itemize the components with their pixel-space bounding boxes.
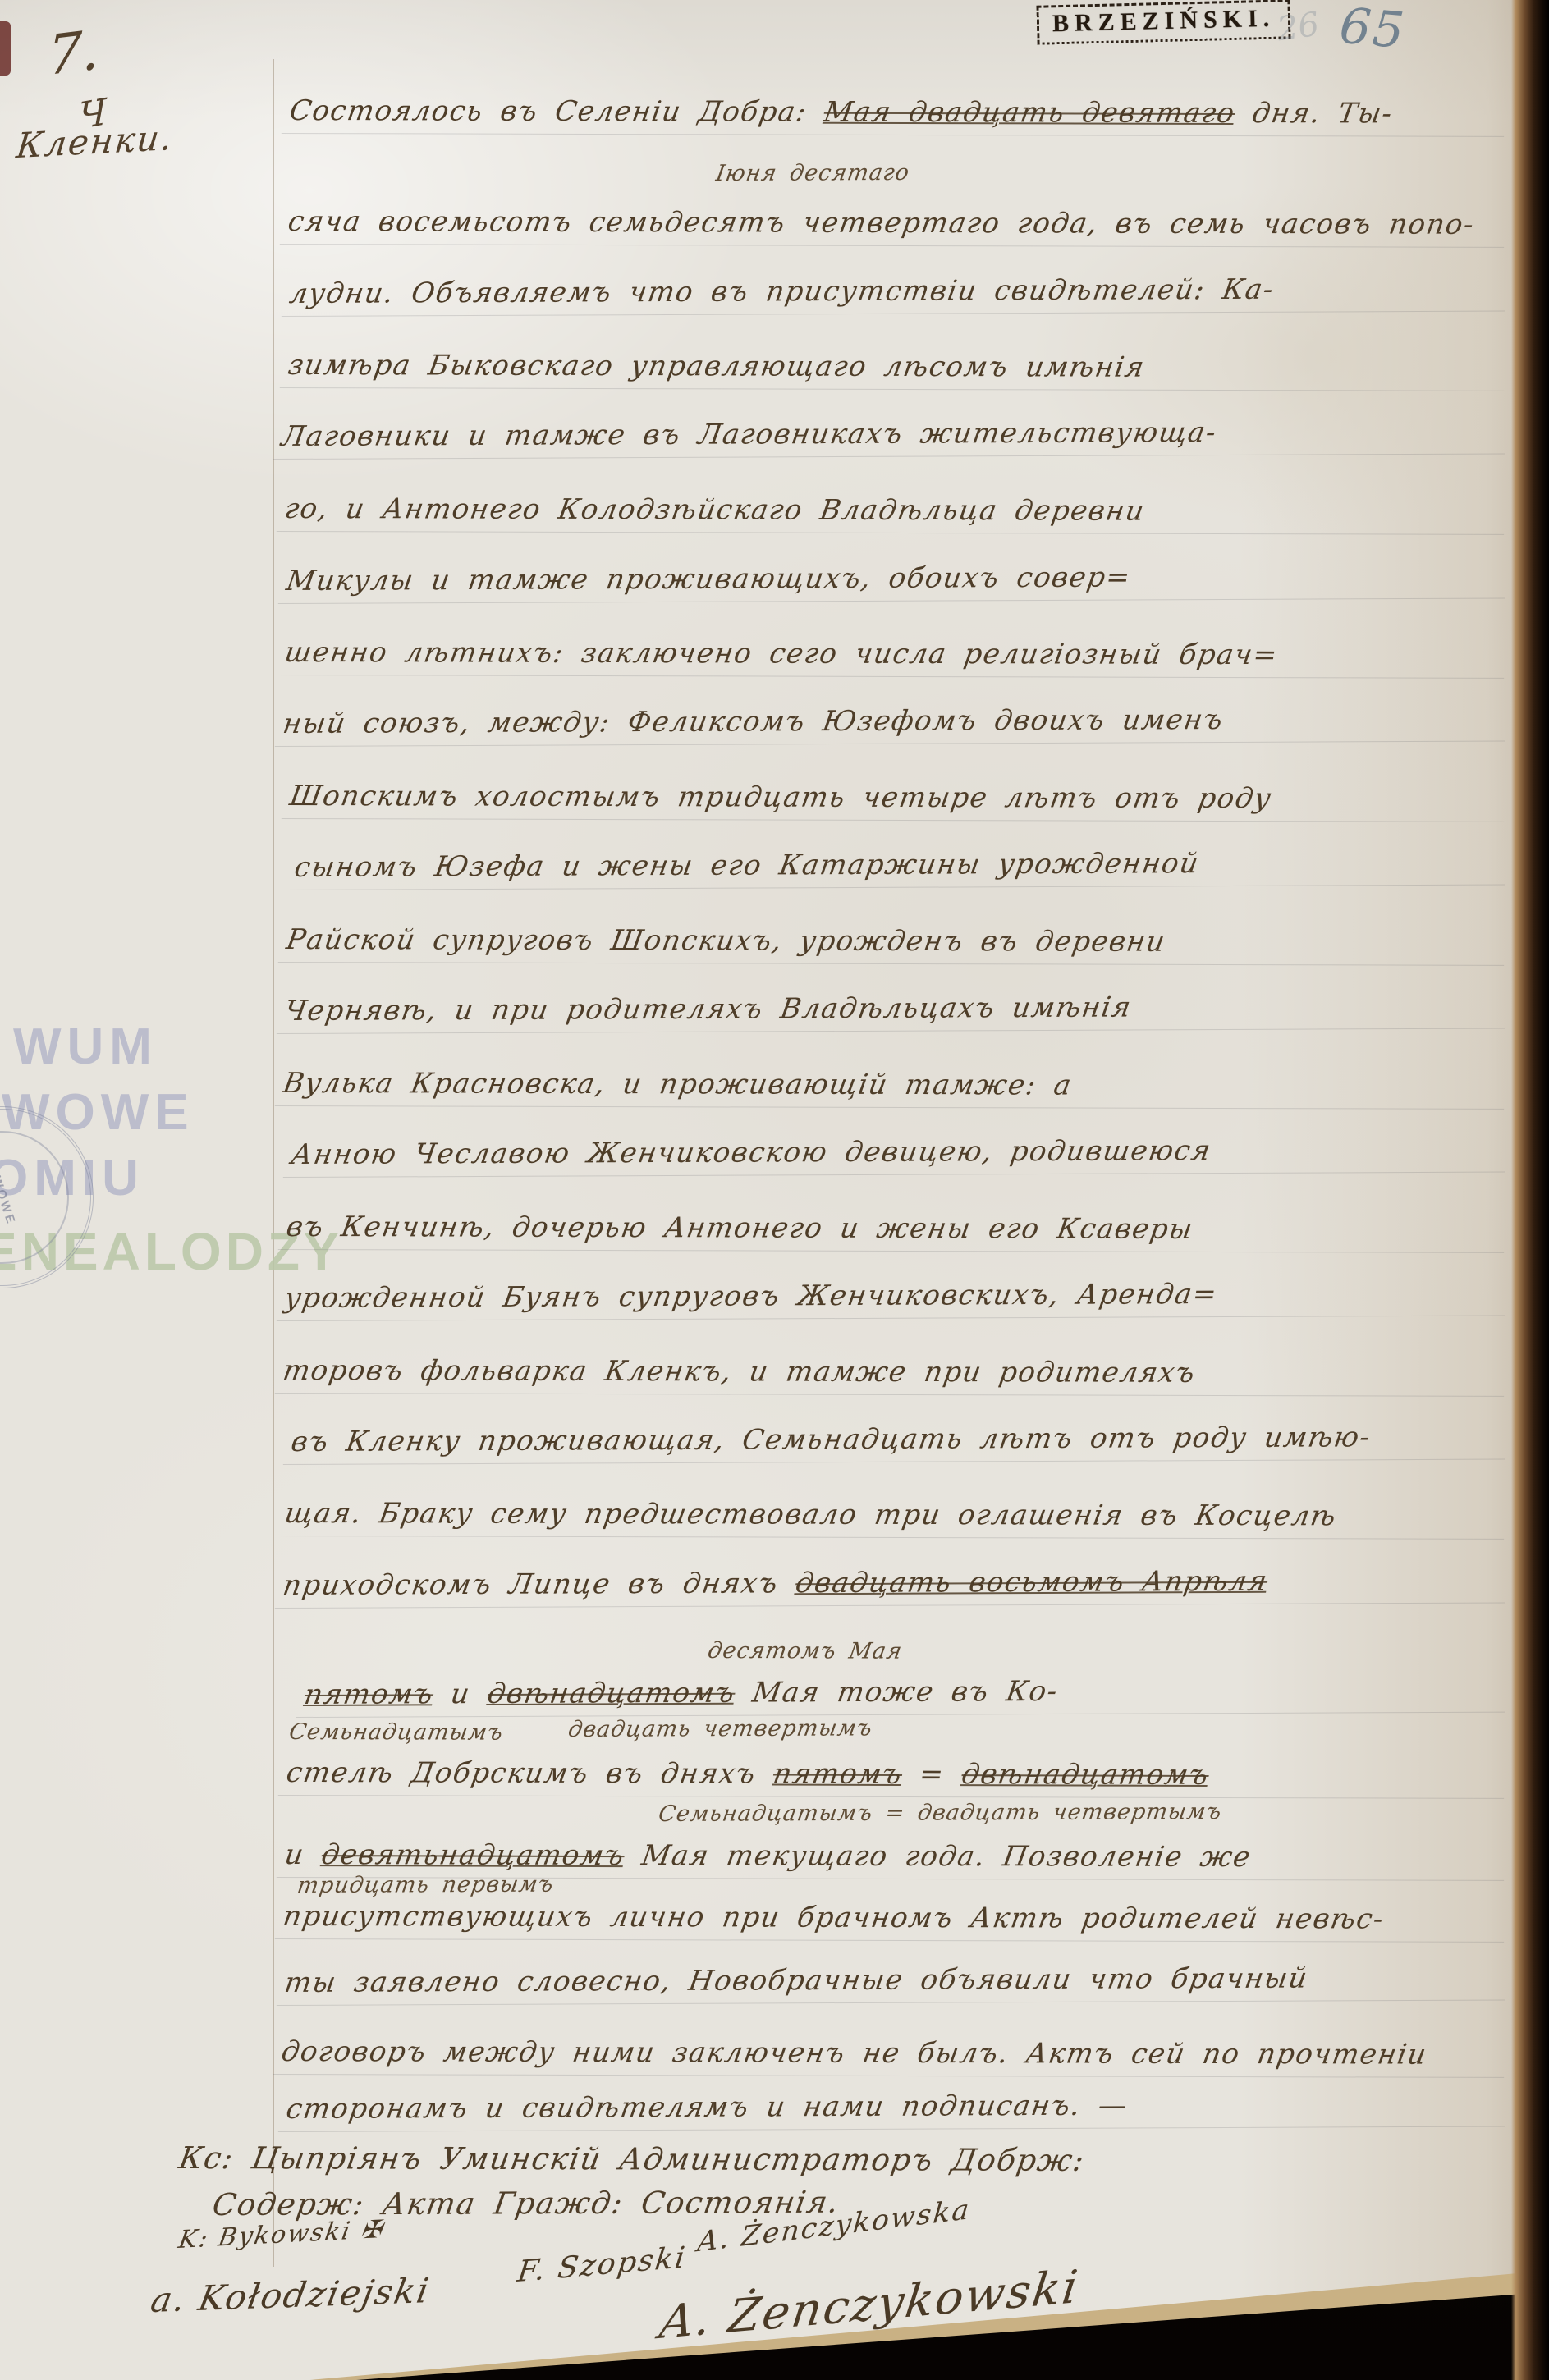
- manuscript-line: въ Кленку проживающая, Семьнадцать лѣтъ …: [289, 1421, 1373, 1458]
- manuscript-line: торовъ фольварка Кленкъ, и тамже при род…: [281, 1354, 1198, 1389]
- page-edge-mark: [0, 21, 11, 76]
- manuscript-line: тридцать первымъ: [296, 1872, 556, 1898]
- struck-text: девятьнадцатомъ: [319, 1838, 627, 1872]
- struck-text: пятомъ: [771, 1758, 905, 1791]
- margin-record-number: 7.: [48, 18, 100, 88]
- pencil-scribble: 26: [1275, 6, 1322, 49]
- manuscript-line: Содерж: Акта Гражд: Состоянія.: [210, 2185, 842, 2222]
- manuscript-line: ты заявлено словесно, Новобрачные объяви…: [282, 1962, 1310, 1999]
- manuscript-line: Кс: Цыпріянъ Уминскій Администраторъ Доб…: [176, 2140, 1088, 2178]
- manuscript-line: Микулы и тамже проживающихъ, обоихъ сове…: [284, 561, 1134, 597]
- struck-text: пятомъ: [302, 1677, 436, 1711]
- manuscript-line: шенно лѣтнихъ: заключено сего числа рели…: [282, 636, 1281, 671]
- manuscript-line: зимѣра Быковскаго управляющаго лѣсомъ им…: [286, 349, 1148, 384]
- manuscript-line: ный союзъ, между: Феликсомъ Юзефомъ двои…: [281, 703, 1226, 740]
- manuscript-line: урожденной Буянъ супруговъ Женчиковскихъ…: [282, 1278, 1220, 1315]
- manuscript-line: Райской супруговъ Шопскихъ, урожденъ въ …: [284, 923, 1168, 959]
- brzezinski-stamp: BRZEZIŃSKI.: [1036, 0, 1290, 45]
- manuscript-line: го, и Антонего Колодзѣйскаго Владѣльца д…: [282, 492, 1148, 528]
- manuscript-line: Іюня десятаго: [714, 160, 911, 186]
- manuscript-line: Анною Чеславою Женчиковскою девицею, род…: [289, 1134, 1213, 1171]
- struck-text: двѣнадцатомъ: [959, 1758, 1211, 1792]
- manuscript-line: Чернявѣ, и при родителяхъ Владѣльцахъ им…: [282, 991, 1134, 1028]
- struck-text: двѣнадцатомъ: [485, 1677, 737, 1710]
- manuscript-line: стелѣ Добрскимъ въ дняхъ пятомъ = двѣнад…: [284, 1756, 1212, 1792]
- manuscript-line: приходскомъ Липце въ дняхъ двадцать вось…: [281, 1565, 1270, 1602]
- manuscript-line: щая. Браку сему предшествовало три оглаш…: [282, 1497, 1340, 1532]
- scanned-registry-page: WUM WOWE OMIU ENEALODZY ŃSTWOWE BRZEZIŃS…: [0, 0, 1549, 2380]
- manuscript-line: Семьнадцатымъ: [287, 1719, 506, 1746]
- manuscript-line: двадцать четвертымъ: [566, 1715, 874, 1742]
- manuscript-line: десятомъ Мая: [706, 1638, 904, 1664]
- manuscript-line: пятомъ и двѣнадцатомъ Мая тоже въ Ко-: [302, 1675, 1061, 1711]
- manuscript-line: Вулька Красновска, и проживающій тамже: …: [281, 1067, 1075, 1102]
- struck-text: Мая двадцать девятаго: [822, 96, 1238, 130]
- book-binding-edge: [1511, 0, 1549, 2380]
- manuscript-line: сяча восемьсотъ семьдесятъ четвертаго го…: [286, 205, 1477, 241]
- manuscript-line: Состоялось въ Селеніи Добра: Мая двадцат…: [287, 94, 1395, 130]
- signature: a. Kołodziejski: [148, 2270, 433, 2320]
- manuscript-line: Шопскимъ холостымъ тридцать четыре лѣтъ …: [287, 780, 1274, 815]
- manuscript-line: Семьнадцатымъ = двадцать четвертымъ: [657, 1799, 1224, 1827]
- struck-text: двадцать восьмомъ Апрѣля: [793, 1565, 1270, 1600]
- stamp-text: BRZEZIŃSKI.: [1052, 5, 1276, 38]
- manuscript-line: въ Кенчинѣ, дочерью Антонего и жены его …: [284, 1211, 1196, 1246]
- manuscript-line: и девятьнадцатомъ Мая текущаго года. Поз…: [282, 1838, 1253, 1874]
- manuscript-line: присутствующихъ лично при брачномъ Актѣ …: [281, 1900, 1386, 1936]
- signature: F. Szopski: [516, 2241, 689, 2289]
- manuscript-line: сторонамъ и свидѣтелямъ и нами подписанъ…: [284, 2089, 1130, 2126]
- page-number: 65: [1337, 0, 1408, 60]
- watermark-seal-text: ŃSTWOWE: [0, 1144, 18, 1227]
- manuscript-line: лудни. Объявляемъ что въ присутствіи сви…: [287, 273, 1276, 310]
- manuscript-line: Лаговники и тамже въ Лаговникахъ жительс…: [279, 416, 1219, 453]
- manuscript-line: сыномъ Юзефа и жены его Катаржины урожде…: [292, 847, 1202, 884]
- manuscript-line: договоръ между ними заключенъ не былъ. А…: [279, 2035, 1429, 2071]
- watermark-archive-line1: WUM: [13, 1018, 158, 1076]
- signature: K: Bykowski ✠: [176, 2215, 386, 2254]
- margin-place-name: Кленки.: [15, 117, 176, 166]
- margin-rule-line: [273, 59, 274, 2267]
